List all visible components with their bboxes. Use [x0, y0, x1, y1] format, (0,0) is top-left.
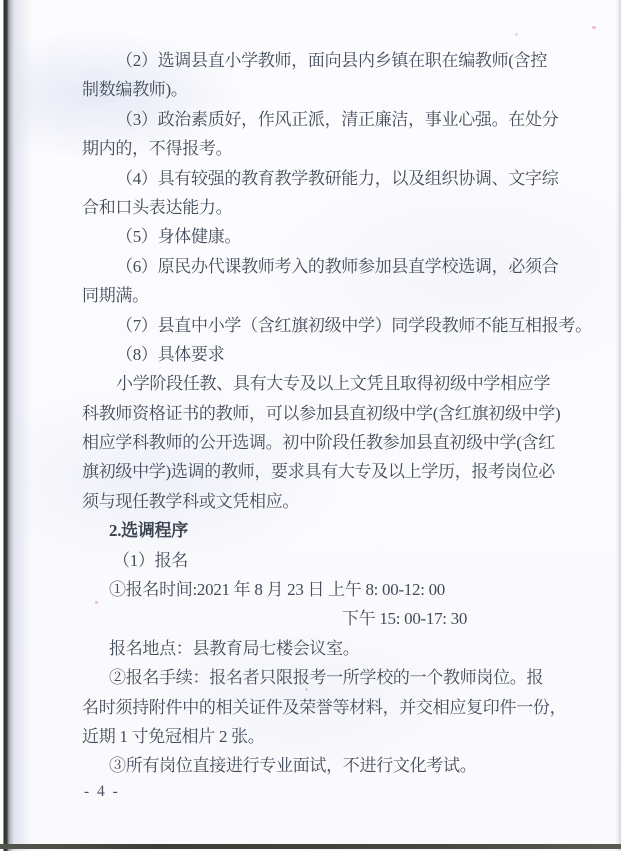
- document-line: ③所有岗位直接进行专业面试，不进行文化考试。: [82, 751, 560, 780]
- document-line: （7）县直中小学（含红旗初级中学）同学段教师不能互相报考。: [82, 311, 560, 340]
- document-line: 旗初级中学)选调的教师，要求具有大专及以上学历，报考岗位必: [82, 457, 560, 486]
- page-number: - 4 -: [84, 783, 120, 801]
- document-line: （4）具有较强的教育教学教研能力，以及组织协调、文字综: [82, 164, 560, 193]
- document-line: ①报名时间:2021 年 8 月 23 日 上午 8: 00-12: 00: [82, 575, 560, 604]
- document-line: 小学阶段任教、具有大专及以上文凭且取得初级中学相应学: [82, 369, 560, 398]
- document-line: （3）政治素质好，作风正派，清正廉洁，事业心强。在处分: [82, 105, 560, 134]
- scan-speck: [515, 33, 518, 36]
- document-line: 同期满。: [82, 281, 560, 310]
- scan-speck: [305, 688, 308, 691]
- document-line: （1）报名: [82, 546, 560, 575]
- document-line: 须与现任教学科或文凭相应。: [82, 487, 560, 516]
- document-line: （2）选调县直小学教师，面向县内乡镇在职在编教师(含控: [82, 46, 560, 75]
- scan-bottom-line: [0, 844, 621, 849]
- document-line: 下午 15: 00-17: 30: [82, 604, 560, 633]
- scan-binding-edge: [0, 0, 34, 851]
- document-line: 期内的，不得报考。: [82, 134, 560, 163]
- document-line: （8）具体要求: [82, 340, 560, 369]
- document-line: 2.选调程序: [82, 516, 560, 545]
- document-line: ②报名手续：报名者只限报考一所学校的一个教师岗位。报: [82, 663, 560, 692]
- scanned-page: （2）选调县直小学教师，面向县内乡镇在职在编教师(含控制数编教师)。（3）政治素…: [0, 0, 621, 851]
- scan-right-edge: [616, 0, 621, 851]
- document-line: 制数编教师)。: [82, 75, 560, 104]
- scan-speck: [592, 26, 596, 29]
- document-line: 名时须持附件中的相关证件及荣誉等材料，并交相应复印件一份，: [82, 693, 560, 722]
- scan-speck: [95, 601, 98, 604]
- document-line: 相应学科教师的公开选调。初中阶段任教参加县直初级中学(含红: [82, 428, 560, 457]
- document-line: 科教师资格证书的教师，可以参加县直初级中学(含红旗初级中学): [82, 399, 560, 428]
- document-line: 合和口头表达能力。: [82, 193, 560, 222]
- document-body: （2）选调县直小学教师，面向县内乡镇在职在编教师(含控制数编教师)。（3）政治素…: [82, 46, 560, 781]
- document-line: （6）原民办代课教师考入的教师参加县直学校选调，必须合: [82, 252, 560, 281]
- document-line: 报名地点：县教育局七楼会议室。: [82, 634, 560, 663]
- document-line: （5）身体健康。: [82, 222, 560, 251]
- document-line: 近期 1 寸免冠相片 2 张。: [82, 722, 560, 751]
